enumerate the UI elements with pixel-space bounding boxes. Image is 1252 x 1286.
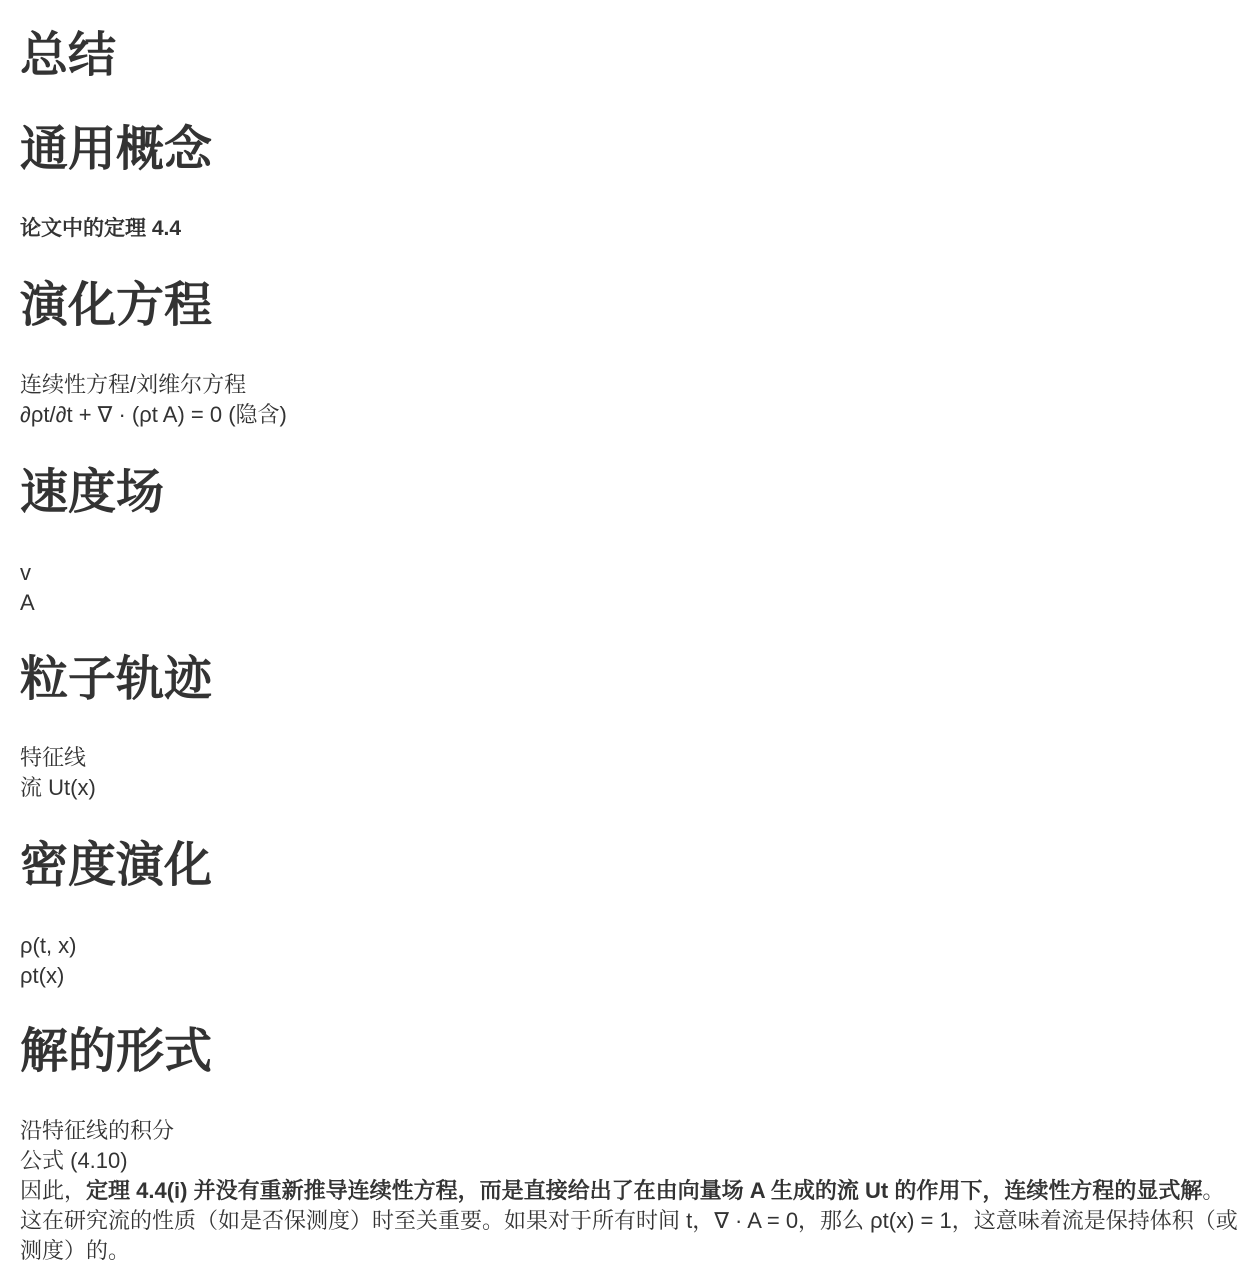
velocity-symbol-v: v [20, 558, 35, 588]
heading-summary: 总结 [20, 28, 116, 84]
density-symbol-short: ρt(x) [20, 961, 77, 991]
particle-trajectory-content: 特征线 流 Ut(x) [20, 743, 96, 803]
heading-general-concepts: 通用概念 [20, 122, 212, 178]
density-evolution-content: ρ(t, x) ρt(x) [20, 931, 77, 991]
characteristic-line-label: 特征线 [20, 743, 96, 773]
heading-velocity-field: 速度场 [20, 465, 164, 521]
velocity-symbol-a: A [20, 588, 35, 618]
continuity-equation-formula: ∂ρt/∂t + ∇ · (ρt A) = 0 (隐含) [20, 400, 287, 430]
solution-form-content: 沿特征线的积分 公式 (4.10) 因此，定理 4.4(i) 并没有重新推导连续… [20, 1116, 1240, 1266]
heading-density-evolution: 密度演化 [20, 838, 212, 894]
velocity-field-content: v A [20, 558, 35, 618]
heading-evolution-equation: 演化方程 [20, 278, 212, 334]
conclusion-prefix: 因此， [20, 1178, 86, 1203]
continuity-equation-label: 连续性方程/刘维尔方程 [20, 370, 287, 400]
integral-along-characteristics: 沿特征线的积分 [20, 1116, 1240, 1146]
formula-reference: 公式 (4.10) [20, 1146, 1240, 1176]
theorem-reference: 论文中的定理 4.4 [20, 214, 181, 244]
evolution-equation-content: 连续性方程/刘维尔方程 ∂ρt/∂t + ∇ · (ρt A) = 0 (隐含) [20, 370, 287, 430]
density-symbol-full: ρ(t, x) [20, 931, 77, 961]
heading-particle-trajectory: 粒子轨迹 [20, 652, 212, 708]
heading-solution-form: 解的形式 [20, 1024, 212, 1080]
conclusion-paragraph: 因此，定理 4.4(i) 并没有重新推导连续性方程，而是直接给出了在由向量场 A… [20, 1176, 1240, 1266]
conclusion-bold-text: 定理 4.4(i) 并没有重新推导连续性方程，而是直接给出了在由向量场 A 生成… [86, 1178, 1202, 1203]
flow-label: 流 Ut(x) [20, 773, 96, 803]
